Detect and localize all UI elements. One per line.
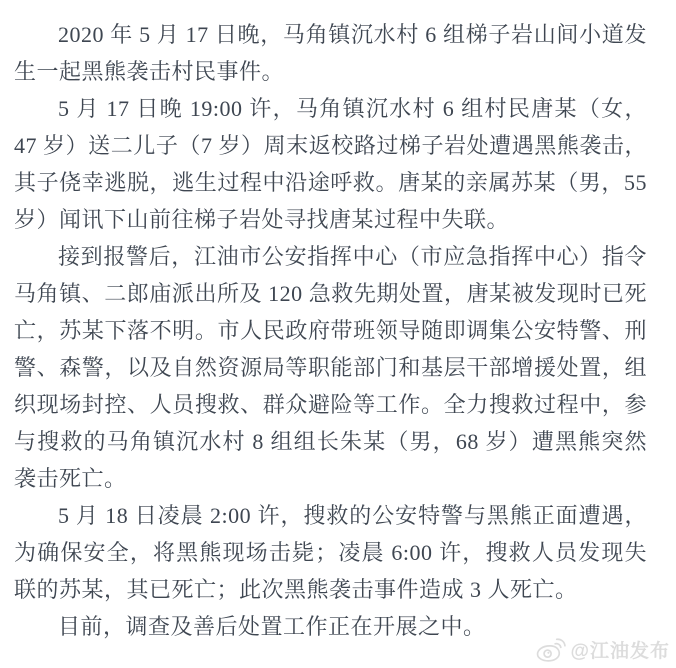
document-page: 2020 年 5 月 17 日晚，马角镇沉水村 6 组梯子岩山间小道发生一起黑熊… <box>0 0 676 668</box>
document-body: 2020 年 5 月 17 日晚，马角镇沉水村 6 组梯子岩山间小道发生一起黑熊… <box>0 0 676 645</box>
watermark: @江油发布 <box>536 636 670 663</box>
paragraph: 接到报警后，江油市公安指挥中心（市应急指挥中心）指令马角镇、二郎庙派出所及 12… <box>14 238 647 497</box>
watermark-account: @江油发布 <box>570 636 670 663</box>
weibo-icon <box>536 637 566 663</box>
paragraph: 5 月 17 日晚 19:00 许，马角镇沉水村 6 组村民唐某（女，47 岁）… <box>14 90 647 238</box>
paragraph: 2020 年 5 月 17 日晚，马角镇沉水村 6 组梯子岩山间小道发生一起黑熊… <box>14 16 647 90</box>
paragraph: 5 月 18 日凌晨 2:00 许，搜救的公安特警与黑熊正面遭遇，为确保安全，将… <box>14 497 647 608</box>
